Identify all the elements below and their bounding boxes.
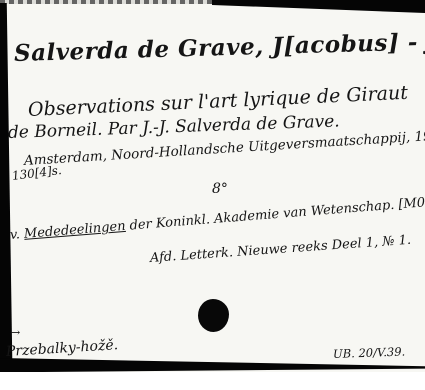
series-note-line-2: Afd. Letterk. Nieuwe reeks Deel 1, № 1. (149, 233, 411, 266)
scan-edge-top (212, 0, 425, 13)
arrow-mark: → (11, 326, 20, 339)
handwritten-note: Przebalky-hožě. (6, 337, 119, 360)
series-prefix: v. (9, 227, 24, 243)
punch-hole (198, 299, 229, 332)
scan-background-below-card (0, 372, 425, 390)
date-stamp: UB. 20/V.39. (333, 344, 406, 361)
collation-note: 130[4]s. (11, 163, 62, 183)
catalog-card-scan: Salverda de Grave, J[acobus] - J. Observ… (0, 0, 425, 390)
card-heading: Salverda de Grave, J[acobus] - J. (14, 28, 425, 67)
scan-edge-left (0, 3, 13, 372)
format-size: 8° (212, 181, 228, 197)
scan-edge-top-dashed (0, 0, 222, 4)
series-title-underlined: Mededeelingen (23, 219, 126, 242)
series-rest: der Koninkl. Akademie van Wetenschap. [M… (125, 193, 425, 234)
